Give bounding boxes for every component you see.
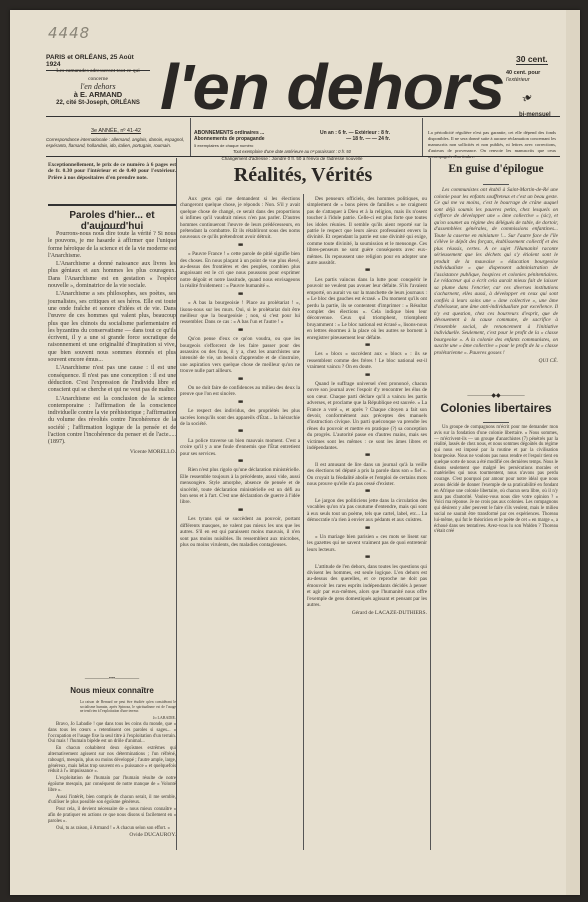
- price: 30 cent.: [516, 54, 548, 65]
- archive-number: 4448: [48, 24, 90, 42]
- column-rule: [176, 158, 177, 850]
- article-paroles: Pourrons-nous nous dire toute la vérité …: [48, 226, 176, 456]
- editor-street: 22, cité St-Joseph, ORLÉANS: [46, 100, 150, 108]
- editor-name: à E. ARMAND: [46, 91, 150, 99]
- signature: Gérard de LACAZE-DUTHIERS.: [307, 610, 427, 616]
- ornament-divider: ————•••————: [48, 676, 176, 682]
- ornament-divider: ————◆◆————: [434, 392, 558, 399]
- separator: [48, 204, 176, 206]
- header-rule: [46, 116, 560, 117]
- article-epilogue: Les communistes ont établi à Saint-Marti…: [434, 182, 558, 365]
- header-rule-bottom: [46, 156, 560, 157]
- article-nous: Bravo, Jo Labadie ! que dans tous les co…: [48, 722, 176, 839]
- signature: Vicente MORELLO.: [48, 449, 176, 456]
- correspondence: Correspondance internationale : allemand…: [46, 137, 186, 149]
- year-issue-block: 3e ANNÉE, nº 41-42 Correspondance intern…: [46, 128, 186, 149]
- main-article-col2: Des penseurs officiels, des hommes polit…: [307, 196, 427, 617]
- article-title-nous: Nous mieux connaître: [48, 686, 176, 695]
- article-title-epilogue: En guise d'épilogue: [434, 163, 558, 175]
- divider: [422, 118, 423, 156]
- signature: Ovide DUCAUROY.: [48, 833, 176, 839]
- address-block: Les camarades adresseront tout ce qui co…: [46, 68, 150, 108]
- frequency: bi-mensuel: [519, 112, 551, 118]
- masthead-title: l'en dehors: [160, 50, 504, 124]
- year-issue: 3e ANNÉE, nº 41-42: [46, 128, 186, 134]
- price-foreign: 40 cent. pour l'extérieur: [506, 70, 540, 84]
- subscriptions-box: ABONNEMENTS ordinaires ...Un an : 6 fr. …: [194, 130, 390, 162]
- divider: [190, 118, 191, 156]
- article-colonies: Un groupe de compagnons m'écrit pour me …: [434, 420, 558, 536]
- main-article-col1: Aux gens qui me demandent si les électio…: [180, 196, 300, 549]
- newspaper-page: 4448 PARIS et ORLÉANS, 25 Août 1924 Les …: [10, 10, 580, 895]
- column-rule: [303, 194, 304, 850]
- signature: QUI CÉ.: [434, 358, 558, 365]
- epigraph: La raison de Bernard ne peut être étudié…: [80, 700, 176, 720]
- price-announcement: Exceptionnellement, le prix de ce numéro…: [48, 162, 176, 181]
- address-intro: Les camarades adresseront tout ce qui co…: [46, 68, 150, 83]
- column-rule: [430, 158, 431, 850]
- main-article-title: Réalités, Vérités: [176, 164, 430, 187]
- ornament-icon: ❧: [519, 88, 536, 107]
- article-title-colonies: Colonies libertaires: [434, 401, 558, 415]
